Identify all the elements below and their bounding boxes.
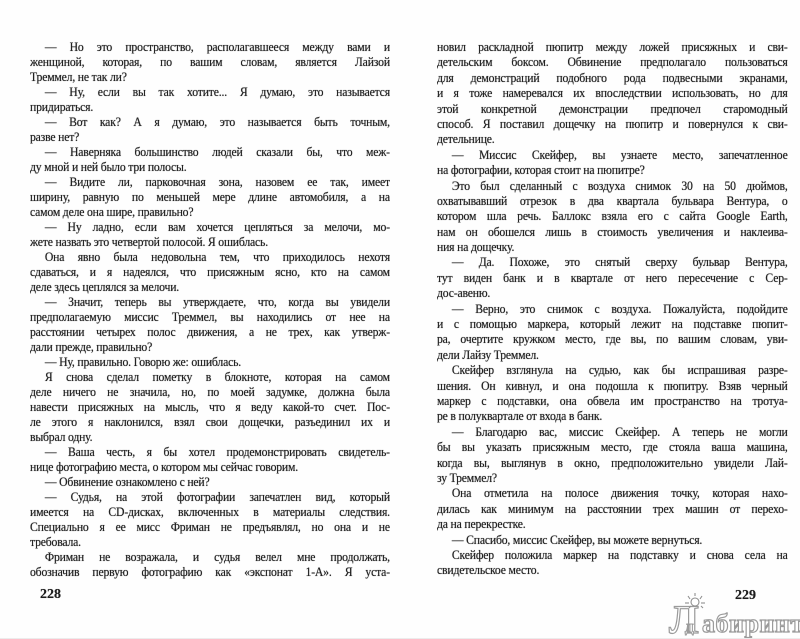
- paragraph: Она явно была недовольна тем, что приход…: [30, 250, 390, 295]
- paragraph: Скейфер взглянула на судью, как бы испра…: [437, 363, 788, 425]
- paragraph: — Ну, если вы так хотите... Я думаю, это…: [30, 85, 390, 115]
- text-line: дели Лайзу Треммел.: [437, 348, 788, 363]
- text-line: бы вы указать присяжным место, где стоял…: [437, 440, 788, 455]
- text-line: и я тоже намеревался их впоследствии исп…: [437, 86, 788, 101]
- text-line: способ. Я поставил дощечку на пюпитр и п…: [437, 117, 788, 132]
- paragraph: Я снова сделал пометку в блокноте, котор…: [30, 370, 390, 445]
- text-line: маркер с подставки, она обвела им простр…: [437, 394, 788, 409]
- text-line: — Ваша честь, я бы хотел продемонстриров…: [30, 445, 390, 460]
- text-line: — Благодарю вас, миссис Скейфер. А тепер…: [437, 425, 788, 440]
- text-line: да на перекрестке.: [437, 517, 788, 532]
- text-line: — Ну, если вы так хотите... Я думаю, это…: [30, 85, 390, 100]
- text-line: когда вы, выглянув в окно, предположител…: [437, 456, 788, 471]
- text-line: Это был сделанный с воздуха снимок 30 на…: [437, 179, 788, 194]
- text-line: Она явно была недовольна тем, что приход…: [30, 250, 390, 265]
- paragraph: — Видите ли, парковочная зона, назовем е…: [30, 175, 390, 220]
- text-line: нам он обошелся лишь в стоимость увеличе…: [437, 225, 788, 240]
- text-line: детельнице.: [437, 132, 788, 147]
- paragraph: — Наверняка большинство людей сказали бы…: [30, 145, 390, 175]
- paragraph: — Верно, это снимок с воздуха. Пожалуйст…: [437, 302, 788, 364]
- text-line: дилась как минимум на расстоянии трех ма…: [437, 502, 788, 517]
- left-page-text: — Но это пространство, располагавшееся м…: [30, 40, 390, 580]
- text-line: — Видите ли, парковочная зона, назовем е…: [30, 175, 390, 190]
- text-line: Специально я ее мисс Фриман не предъявля…: [30, 520, 390, 535]
- text-line: — Значит, теперь вы утверждаете, что, ко…: [30, 295, 390, 310]
- text-line: нице фотографию места, о котором мы сейч…: [30, 460, 390, 475]
- text-line: выбрал одну.: [30, 430, 390, 445]
- paragraph: Она отметила на полосе движения точку, к…: [437, 486, 788, 532]
- text-line: Она отметила на полосе движения точку, к…: [437, 486, 788, 501]
- paragraph: — Миссис Скейфер, вы узнаете место, запе…: [437, 148, 788, 179]
- paragraph: — Ну ладно, если вам хочется цепляться з…: [30, 220, 390, 250]
- text-line: свидетельское место.: [437, 563, 788, 578]
- text-line: зу Треммел?: [437, 471, 788, 486]
- paragraph: — Спасибо, миссис Скейфер, вы можете вер…: [437, 533, 788, 548]
- text-line: деле ничего не значила, но, по моей заду…: [30, 385, 390, 400]
- text-line: этой конкретной демонстрации предпочел с…: [437, 102, 788, 117]
- book-scan: — Но это пространство, располагавшееся м…: [0, 0, 800, 639]
- text-line: котором шла речь. Баллокс взяла его с са…: [437, 209, 788, 224]
- text-line: Скейфер положила маркер на подставку и с…: [437, 548, 788, 563]
- text-line: требовала.: [30, 535, 390, 550]
- text-line: — Спасибо, миссис Скейфер, вы можете вер…: [437, 533, 788, 548]
- text-line: ре в полуквартале от входа в банк.: [437, 409, 788, 424]
- text-line: — Ну, правильно. Говорю же: ошиблась.: [30, 355, 390, 370]
- text-line: охватывавший отрезок в два квартала буль…: [437, 194, 788, 209]
- text-line: разве нет?: [30, 130, 390, 145]
- text-line: придираться.: [30, 100, 390, 115]
- text-line: — Обвинение ознакомлено с ней?: [30, 475, 390, 490]
- paragraph: — Обвинение ознакомлено с ней?: [30, 475, 390, 490]
- text-line: деле здесь цеплялся за мелочи.: [30, 280, 390, 295]
- paragraph: — Благодарю вас, миссис Скейфер. А тепер…: [437, 425, 788, 487]
- paragraph: — Судья, на этой фотографии запечатлен в…: [30, 490, 390, 550]
- text-line: — Судья, на этой фотографии запечатлен в…: [30, 490, 390, 505]
- right-page-text: новил раскладной пюпитр между ложей прис…: [437, 40, 788, 579]
- text-line: — Но это пространство, располагавшееся м…: [30, 40, 390, 55]
- text-line: имеется на CD-дисках, включенных в матер…: [30, 505, 390, 520]
- paragraph: — Вот как? А я думаю, это называется быт…: [30, 115, 390, 145]
- paragraph: Фриман не возражала, и судья велел мне п…: [30, 550, 390, 580]
- text-line: ле этого я наклонился, взял свои дощечки…: [30, 415, 390, 430]
- watermark-small-letter: д: [685, 617, 694, 636]
- text-line: — Вот как? А я думаю, это называется быт…: [30, 115, 390, 130]
- paragraph: — Ваша честь, я бы хотел продемонстриров…: [30, 445, 390, 475]
- text-line: — Да. Похоже, это снятый сверху бульвар …: [437, 255, 788, 270]
- labirint-watermark-logo: Л д абиринт: [668, 592, 800, 638]
- paragraph: — Значит, теперь вы утверждаете, что, ко…: [30, 295, 390, 355]
- text-line: для демонстраций подобного рода подвесны…: [437, 71, 788, 86]
- text-line: навести присяжных на мысль, что я веду к…: [30, 400, 390, 415]
- text-line: — Наверняка большинство людей сказали бы…: [30, 145, 390, 160]
- text-line: на фотографии, которая стоит на пюпитре?: [437, 163, 788, 178]
- text-line: и с помощью маркера, который лежит на по…: [437, 317, 788, 332]
- text-line: детельским боксом. Обвинение предполагал…: [437, 55, 788, 70]
- text-line: Я снова сделал пометку в блокноте, котор…: [30, 370, 390, 385]
- paragraph: — Да. Похоже, это снятый сверху бульвар …: [437, 255, 788, 301]
- text-line: — Ну ладно, если вам хочется цепляться з…: [30, 220, 390, 235]
- text-line: расстоянии четырех полос движения, а не …: [30, 325, 390, 340]
- watermark-brand-text: абиринт: [702, 609, 800, 638]
- paragraph: — Но это пространство, располагавшееся м…: [30, 40, 390, 85]
- text-line: тут виден банк и в квартале от него пере…: [437, 271, 788, 286]
- text-line: Треммел, не так ли?: [30, 70, 390, 85]
- text-line: Скейфер взглянула на судью, как бы испра…: [437, 363, 788, 378]
- text-line: женщиной, которая, по вашим словам, явля…: [30, 55, 390, 70]
- left-page-number: 228: [40, 589, 61, 601]
- text-line: новил раскладной пюпитр между ложей прис…: [437, 40, 788, 55]
- text-line: Фриман не возражала, и судья велел мне п…: [30, 550, 390, 565]
- text-line: обозначив первую фотографию как «экспона…: [30, 565, 390, 580]
- paragraph: новил раскладной пюпитр между ложей прис…: [437, 40, 788, 148]
- text-line: дали прежде, правильно?: [30, 340, 390, 355]
- text-line: ра, очертите кружком место, где вы, по в…: [437, 332, 788, 347]
- text-line: шения. Он кивнул, и она подошла к пюпитр…: [437, 379, 788, 394]
- text-line: — Миссис Скейфер, вы узнаете место, запе…: [437, 148, 788, 163]
- text-line: ду мной и ней было три полосы.: [30, 160, 390, 175]
- text-line: сдаваться, и я надеялся, что присяжным я…: [30, 265, 390, 280]
- text-line: жете назвать это четвертой полосой. Я ош…: [30, 235, 390, 250]
- text-line: ния на дощечку.: [437, 240, 788, 255]
- text-line: предполагаемую миссис Треммел, вы находи…: [30, 310, 390, 325]
- paragraph: Скейфер положила маркер на подставку и с…: [437, 548, 788, 579]
- paragraph: — Ну, правильно. Говорю же: ошиблась.: [30, 355, 390, 370]
- paragraph: Это был сделанный с воздуха снимок 30 на…: [437, 179, 788, 256]
- text-line: — Верно, это снимок с воздуха. Пожалуйст…: [437, 302, 788, 317]
- text-line: ширину, равную по меньшей мере длине авт…: [30, 190, 390, 205]
- text-line: дос-авеню.: [437, 286, 788, 301]
- text-line: самом деле она шире, правильно?: [30, 205, 390, 220]
